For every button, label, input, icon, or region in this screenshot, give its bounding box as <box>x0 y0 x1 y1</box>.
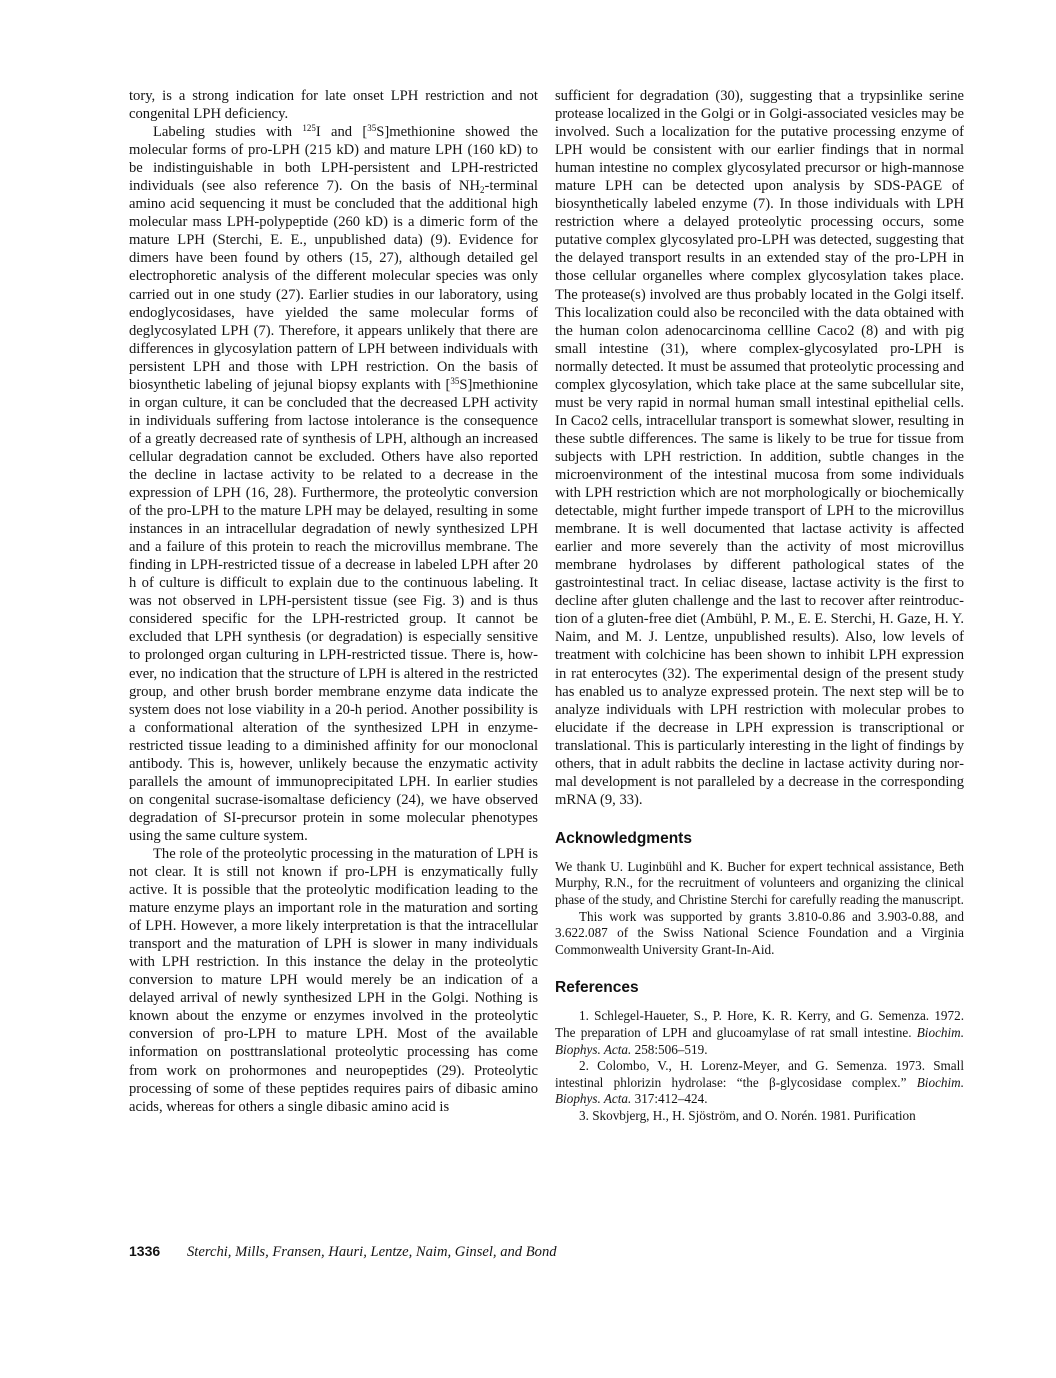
funding-paragraph: This work was supported by grants 3.810-… <box>555 909 964 959</box>
acknowledgments-paragraph: We thank U. Luginbühl and K. Bucher for … <box>555 859 964 909</box>
reference-item: 3. Skovbjerg, H., H. Sjöström, and O. No… <box>555 1108 964 1125</box>
right-column: sufficient for degradation (30), suggest… <box>555 87 964 1125</box>
references-heading: References <box>555 979 964 997</box>
running-authors: Sterchi, Mills, Fransen, Hauri, Lentze, … <box>187 1244 557 1260</box>
reference-item: 2. Colombo, V., H. Lorenz-Meyer, and G. … <box>555 1058 964 1108</box>
paragraph-degradation: sufficient for degradation (30), suggest… <box>555 87 964 809</box>
paragraph-labeling-studies: Labeling studies with 125I and [35S]meth… <box>129 123 538 845</box>
acknowledgments-section: We thank U. Luginbühl and K. Bucher for … <box>555 859 964 959</box>
page-number: 1336 <box>129 1243 187 1259</box>
page-footer: 1336Sterchi, Mills, Fransen, Hauri, Lent… <box>129 1243 557 1261</box>
journal-page: tory, is a strong indication for late on… <box>0 0 1056 1378</box>
paragraph-proteolytic-role: The role of the proteolytic processing i… <box>129 845 538 1116</box>
paragraph-continuation: tory, is a strong indication for late on… <box>129 87 538 123</box>
reference-item: 1. Schlegel-Haueter, S., P. Hore, K. R. … <box>555 1008 964 1058</box>
left-column: tory, is a strong indication for late on… <box>129 87 538 1116</box>
acknowledgments-heading: Acknowledgments <box>555 830 964 848</box>
references-list: 1. Schlegel-Haueter, S., P. Hore, K. R. … <box>555 1008 964 1124</box>
